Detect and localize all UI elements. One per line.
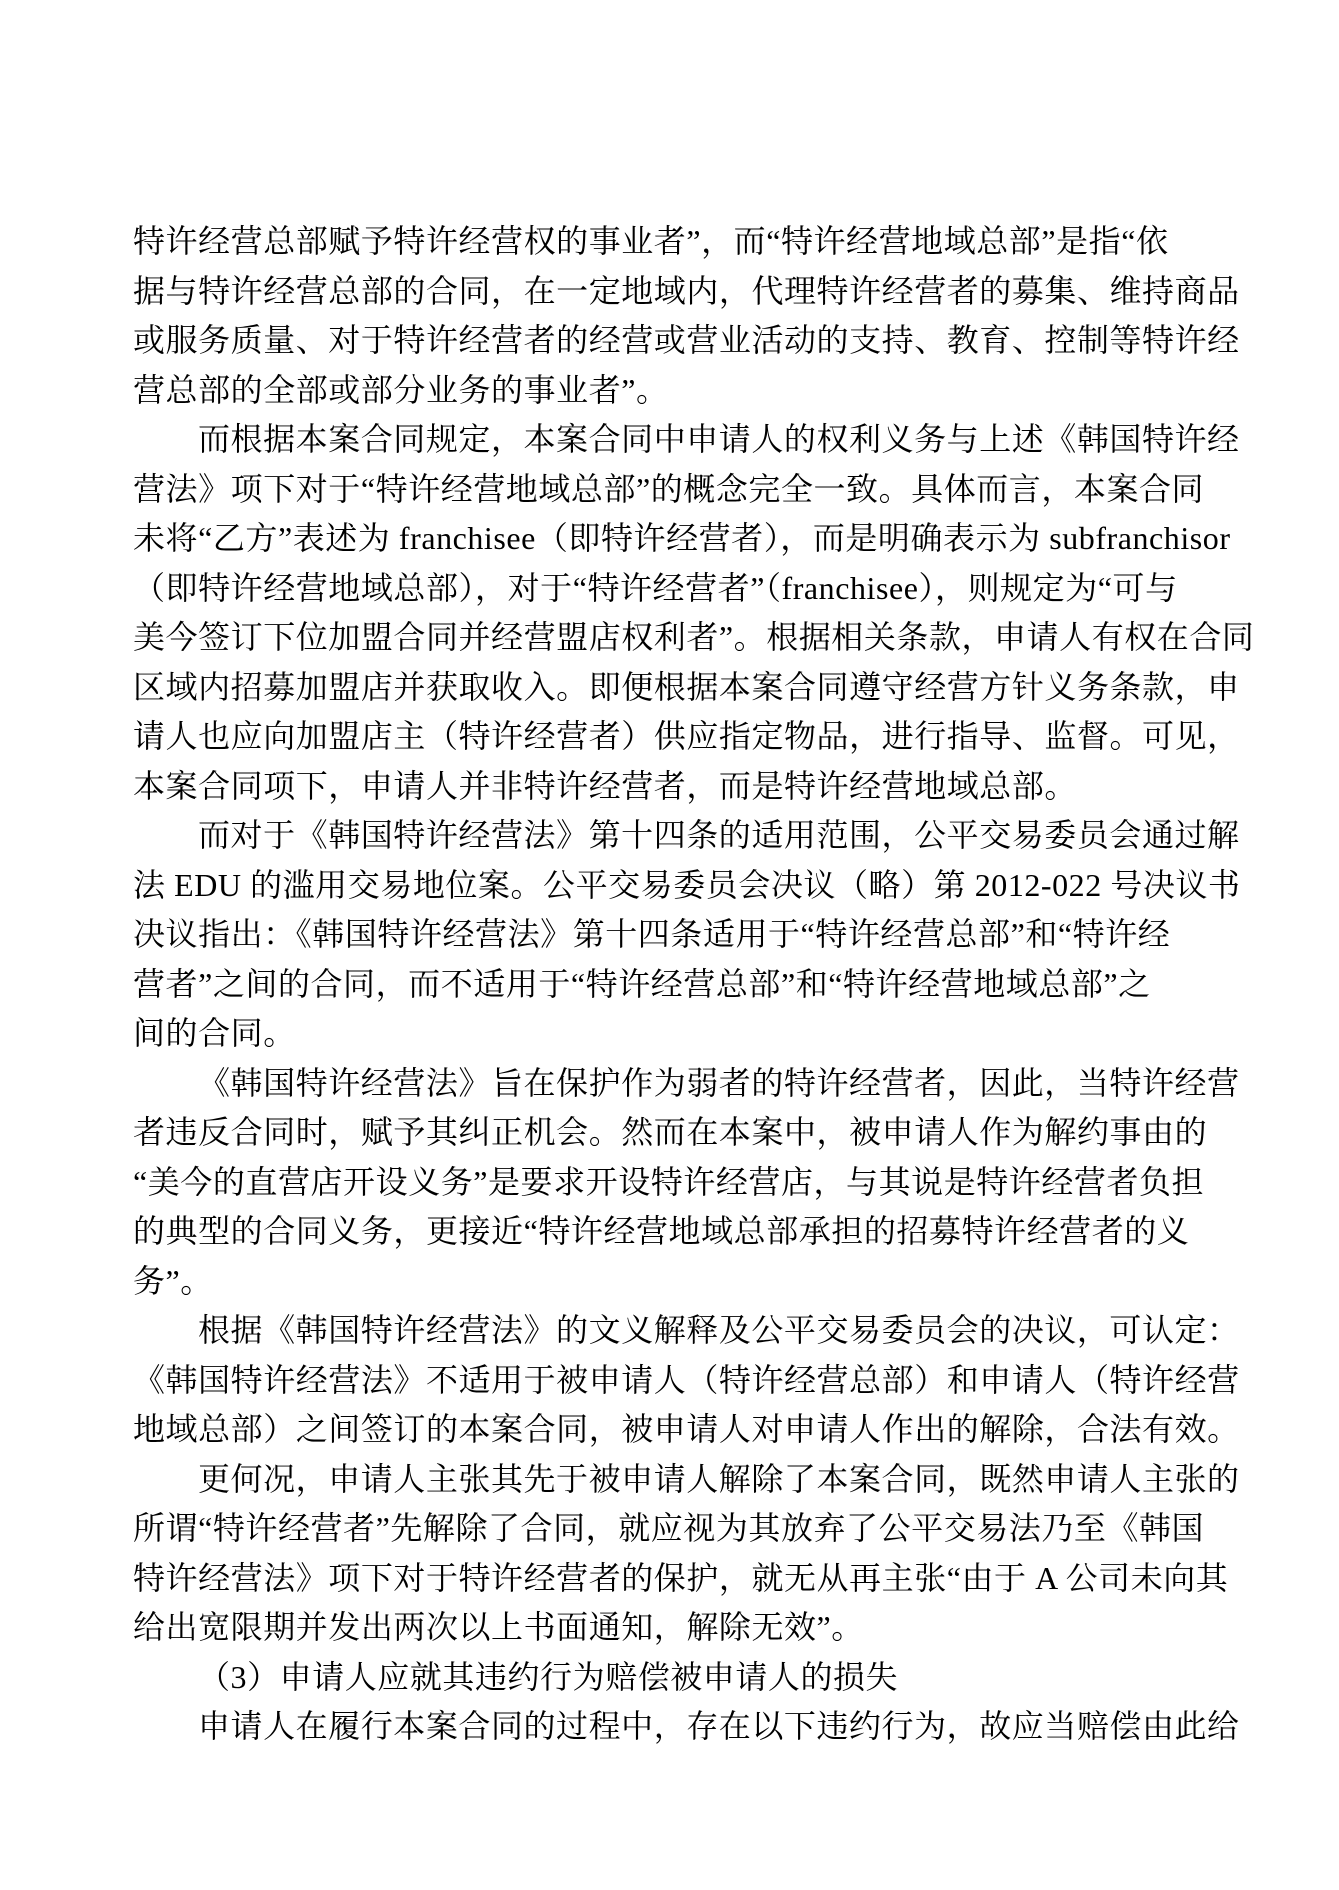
text-line: 特许经营法》项下对于特许经营者的保护，就无从再主张“由于 A 公司未向其	[133, 1554, 1213, 1604]
text-line: 营法》项下对于“特许经营地域总部”的概念完全一致。具体而言，本案合同	[133, 465, 1213, 515]
text-line: 未将“乙方”表述为 franchisee（即特许经营者），而是明确表示为 sub…	[133, 514, 1213, 564]
document-page: 特许经营总部赋予特许经营权的事业者”，而“特许经营地域总部”是指“依据与特许经营…	[0, 0, 1339, 1890]
text-line: 间的合同。	[133, 1009, 1213, 1059]
text-line: 的典型的合同义务，更接近“特许经营地域总部承担的招募特许经营者的义	[133, 1207, 1213, 1257]
text-line: 本案合同项下，申请人并非特许经营者，而是特许经营地域总部。	[133, 762, 1213, 812]
text-line: “美今的直营店开设义务”是要求开设特许经营店，与其说是特许经营者负担	[133, 1158, 1213, 1208]
text-line: 《韩国特许经营法》不适用于被申请人（特许经营总部）和申请人（特许经营	[133, 1356, 1213, 1406]
text-line: 而对于《韩国特许经营法》第十四条的适用范围，公平交易委员会通过解	[133, 811, 1213, 861]
text-line: 请人也应向加盟店主（特许经营者）供应指定物品，进行指导、监督。可见，	[133, 712, 1213, 762]
text-line: 给出宽限期并发出两次以上书面通知，解除无效”。	[133, 1603, 1213, 1653]
text-line: 更何况，申请人主张其先于被申请人解除了本案合同，既然申请人主张的	[133, 1455, 1213, 1505]
text-line: 地域总部）之间签订的本案合同，被申请人对申请人作出的解除，合法有效。	[133, 1405, 1213, 1455]
text-line: 申请人在履行本案合同的过程中，存在以下违约行为，故应当赔偿由此给	[133, 1702, 1213, 1752]
text-line: 营总部的全部或部分业务的事业者”。	[133, 366, 1213, 416]
text-line: 根据《韩国特许经营法》的文义解释及公平交易委员会的决议，可认定：	[133, 1306, 1213, 1356]
text-line: 或服务质量、对于特许经营者的经营或营业活动的支持、教育、控制等特许经	[133, 316, 1213, 366]
text-line: 者违反合同时，赋予其纠正机会。然而在本案中，被申请人作为解约事由的	[133, 1108, 1213, 1158]
text-line: （3）申请人应就其违约行为赔偿被申请人的损失	[133, 1653, 1213, 1703]
text-line: 营者”之间的合同，而不适用于“特许经营总部”和“特许经营地域总部”之	[133, 960, 1213, 1010]
text-line: 美今签订下位加盟合同并经营盟店权利者”。根据相关条款，申请人有权在合同	[133, 613, 1213, 663]
text-line: 务”。	[133, 1257, 1213, 1307]
text-line: 而根据本案合同规定，本案合同中申请人的权利义务与上述《韩国特许经	[133, 415, 1213, 465]
document-text: 特许经营总部赋予特许经营权的事业者”，而“特许经营地域总部”是指“依据与特许经营…	[133, 217, 1213, 1752]
text-line: 决议指出：《韩国特许经营法》第十四条适用于“特许经营总部”和“特许经	[133, 910, 1213, 960]
text-line: 特许经营总部赋予特许经营权的事业者”，而“特许经营地域总部”是指“依	[133, 217, 1213, 267]
text-line: 所谓“特许经营者”先解除了合同，就应视为其放弃了公平交易法乃至《韩国	[133, 1504, 1213, 1554]
text-line: 据与特许经营总部的合同，在一定地域内，代理特许经营者的募集、维持商品	[133, 267, 1213, 317]
text-line: （即特许经营地域总部），对于“特许经营者”（franchisee），则规定为“可…	[133, 564, 1213, 614]
text-line: 法 EDU 的滥用交易地位案。公平交易委员会决议（略）第 2012-022 号决…	[133, 861, 1213, 911]
text-line: 《韩国特许经营法》旨在保护作为弱者的特许经营者，因此，当特许经营	[133, 1059, 1213, 1109]
text-line: 区域内招募加盟店并获取收入。即便根据本案合同遵守经营方针义务条款，申	[133, 663, 1213, 713]
